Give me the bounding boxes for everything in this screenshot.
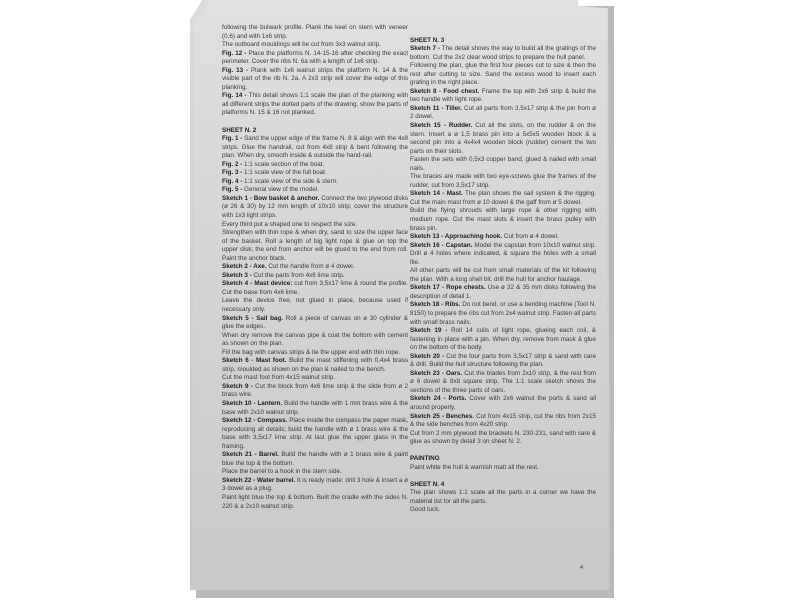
item-label: Fig. 5 - [222, 186, 242, 193]
paragraph: Place the barrel to a hook in the stern … [222, 468, 408, 477]
item-text: 1:1 scale view of the full boat. [242, 169, 326, 176]
instruction-item: Sketch 8 - Food chest. Frame the top wit… [410, 88, 596, 105]
item-label: Sketch 22 - Water barrel. [222, 477, 295, 484]
item-text: 1:1 scale section of the boat. [242, 161, 324, 168]
item-label: Sketch 4 - Mast device: [222, 280, 292, 287]
paragraph: Strengthen with thin rope & when dry, sa… [222, 229, 408, 263]
item-label: Sketch 2 - Axe. [222, 263, 267, 270]
paragraph: The braces are made with two eye-screws … [410, 173, 596, 190]
instruction-item: Fig. 2 - 1:1 scale section of the boat. [222, 161, 408, 170]
instruction-item: Sketch 17 - Rope chests. Use ø 32 & 35 m… [410, 284, 596, 301]
instruction-item: Sketch 7 - The detail shows the way to b… [410, 45, 596, 62]
paragraph: Leave the device free, not glued in plac… [222, 297, 408, 314]
instruction-item: Sketch 12 - Compass. Place inside the co… [222, 417, 408, 451]
item-label: Sketch 15 - Rudder. [410, 122, 472, 129]
item-text: Cut the handle from ø 4 dowel. [267, 263, 355, 270]
paragraph: When dry remove the canvas pipe & coat t… [222, 332, 408, 349]
instruction-item: Fig. 3 - 1:1 scale view of the full boat… [222, 169, 408, 178]
paragraph: All other parts will be cut from small m… [410, 267, 596, 284]
item-label: Sketch 17 - Rope chests. [410, 284, 486, 291]
paragraph: Paint white the hull & warnish matt all … [410, 464, 596, 473]
instruction-item: Sketch 20 - Cut the four parts from 3,5x… [410, 353, 596, 370]
instruction-item: Fig. 4 - 1:1 scale view of the side & st… [222, 178, 408, 187]
paragraph: Paint light blue the top & bottom. Built… [222, 494, 408, 511]
instruction-item: Sketch 2 - Axe. Cut the handle from ø 4 … [222, 263, 408, 272]
item-text: Sand the upper edge of the frame N. 8 & … [222, 135, 408, 159]
instruction-item: Sketch 25 - Benches. Cut from 4x15 strip… [410, 413, 596, 430]
instruction-item: Sketch 11 - Tiller. Cut all parts from 3… [410, 105, 596, 122]
instruction-item: Sketch 1 - Bow basket & anchor. Connect … [222, 195, 408, 221]
paragraph: following the bulwark profile. Plank the… [222, 24, 408, 41]
item-label: Sketch 12 - Compass. [222, 417, 287, 424]
section-heading: SHEET N. 4 [410, 481, 596, 490]
item-label: Sketch 14 - Mast. [410, 190, 463, 197]
section-heading: PAINTING [410, 455, 596, 464]
item-label: Fig. 14 - [222, 92, 247, 99]
item-label: Sketch 3 - [222, 272, 252, 279]
item-text: Cut from ø 4 dowel. [502, 233, 559, 240]
instruction-item: Sketch 15 - Rudder. Cut all the slots, o… [410, 122, 596, 156]
item-label: Fig. 3 - [222, 169, 242, 176]
item-text: Plank with 1x6 walnut strips the platfor… [222, 67, 408, 91]
instruction-item: Sketch 5 - Sail bag. Roll a piece of can… [222, 315, 408, 332]
left-text-column: following the bulwark profile. Plank the… [222, 24, 408, 511]
item-label: Fig. 2 - [222, 161, 242, 168]
item-label: Sketch 7 - [410, 45, 440, 52]
item-text: General view of the model. [242, 186, 319, 193]
item-label: Sketch 19 - [410, 327, 447, 334]
item-label: Sketch 25 - Benches. [410, 413, 474, 420]
item-label: Fig. 1 - [222, 135, 242, 142]
paragraph: The plan shows 1:1 scale all the parts i… [410, 489, 596, 506]
item-label: Fig. 4 - [222, 178, 242, 185]
instruction-item: Sketch 24 - Ports. Cover with 2x6 walnut… [410, 395, 596, 412]
paragraph: Fill the bag with canvas strips & tie th… [222, 349, 408, 358]
item-text: Cut the parts from 4x6 lime strip. [252, 272, 345, 279]
instruction-item: Sketch 21 - Barrel. Build the handle wit… [222, 451, 408, 468]
instruction-item: Sketch 18 - Ribs. Do not bend, or use a … [410, 301, 596, 327]
section-heading: SHEET N. 3 [410, 37, 596, 46]
paragraph: Following the plan, glue the first four … [410, 62, 596, 88]
item-label: Sketch 13 - Approaching hook. [410, 233, 502, 240]
item-label: Sketch 9 - [222, 383, 253, 390]
item-label: Sketch 6 - Mast foot. [222, 357, 287, 364]
instruction-item: Fig. 1 - Sand the upper edge of the fram… [222, 135, 408, 161]
paragraph: Good luck. [410, 506, 596, 515]
item-label: Fig. 13 - [222, 67, 248, 74]
instruction-item: Sketch 9 - Cut the block from 4x6 lime s… [222, 383, 408, 400]
page-number: 4 [580, 565, 583, 571]
paragraph: The outboard mouldings will be cut from … [222, 41, 408, 50]
item-label: Sketch 20 - [410, 353, 444, 360]
item-label: Sketch 23 - Oars. [410, 370, 462, 377]
right-text-column: SHEET N. 3Sketch 7 - The detail shows th… [410, 28, 596, 515]
paragraph: Cut the mast foot from 4x15 walnut strip… [222, 374, 408, 383]
item-text: 1:1 scale view of the side & stern. [242, 178, 338, 185]
instruction-item: Sketch 14 - Mast. The plan shows the sai… [410, 190, 596, 207]
instruction-item: Sketch 6 - Mast foot. Build the mast sti… [222, 357, 408, 374]
instruction-item: Sketch 13 - Approaching hook. Cut from ø… [410, 233, 596, 242]
instruction-item: Sketch 4 - Mast device: cut from 3,5x17 … [222, 280, 408, 297]
item-label: Sketch 8 - Food chest. [410, 88, 479, 95]
item-label: Sketch 16 - Capstan. [410, 242, 472, 249]
instruction-item: Sketch 10 - Lantern. Build the handle wi… [222, 400, 408, 417]
instruction-item: Fig. 5 - General view of the model. [222, 186, 408, 195]
instruction-item: Fig. 12 - Place the platforms N. 14-15-1… [222, 50, 408, 67]
item-label: Sketch 10 - Lantern. [222, 400, 282, 407]
paragraph: Fasten the sets with 0,5x3 copper band, … [410, 156, 596, 173]
paragraph: Build the flying shrouds with large rope… [410, 207, 596, 233]
instruction-item: Sketch 19 - Roll 14 coils of light rope,… [410, 327, 596, 353]
paragraph: Cut from 2 mm plywood the brackets N. 23… [410, 430, 596, 447]
item-label: Fig. 12 - [222, 50, 246, 57]
item-label: Sketch 24 - Ports. [410, 395, 466, 402]
paragraph: Every third put a shaped one to respect … [222, 221, 408, 230]
instruction-item: Fig. 13 - Plank with 1x6 walnut strips t… [222, 67, 408, 93]
instruction-item: Sketch 16 - Capstan. Model the capstan f… [410, 242, 596, 268]
item-label: Sketch 18 - Ribs. [410, 301, 460, 308]
item-text: Place the platforms N. 14-15-16 after ch… [222, 50, 408, 66]
item-label: Sketch 5 - Sail bag. [222, 315, 283, 322]
instruction-item: Sketch 22 - Water barrel. It is ready ma… [222, 477, 408, 494]
instruction-item: Fig. 14 - This detail shows 1:1 scale th… [222, 92, 408, 118]
instruction-item: Sketch 3 - Cut the parts from 4x6 lime s… [222, 272, 408, 281]
section-heading: SHEET N. 2 [222, 127, 408, 136]
instruction-item: Sketch 23 - Oars. Cut the blades from 2x… [410, 370, 596, 396]
item-label: Sketch 1 - Bow basket & anchor. [222, 195, 319, 202]
item-label: Sketch 11 - Tiller. [410, 105, 462, 112]
item-label: Sketch 21 - Barrel. [222, 451, 279, 458]
item-text: This detail shows 1:1 scale the plan of … [222, 92, 408, 116]
